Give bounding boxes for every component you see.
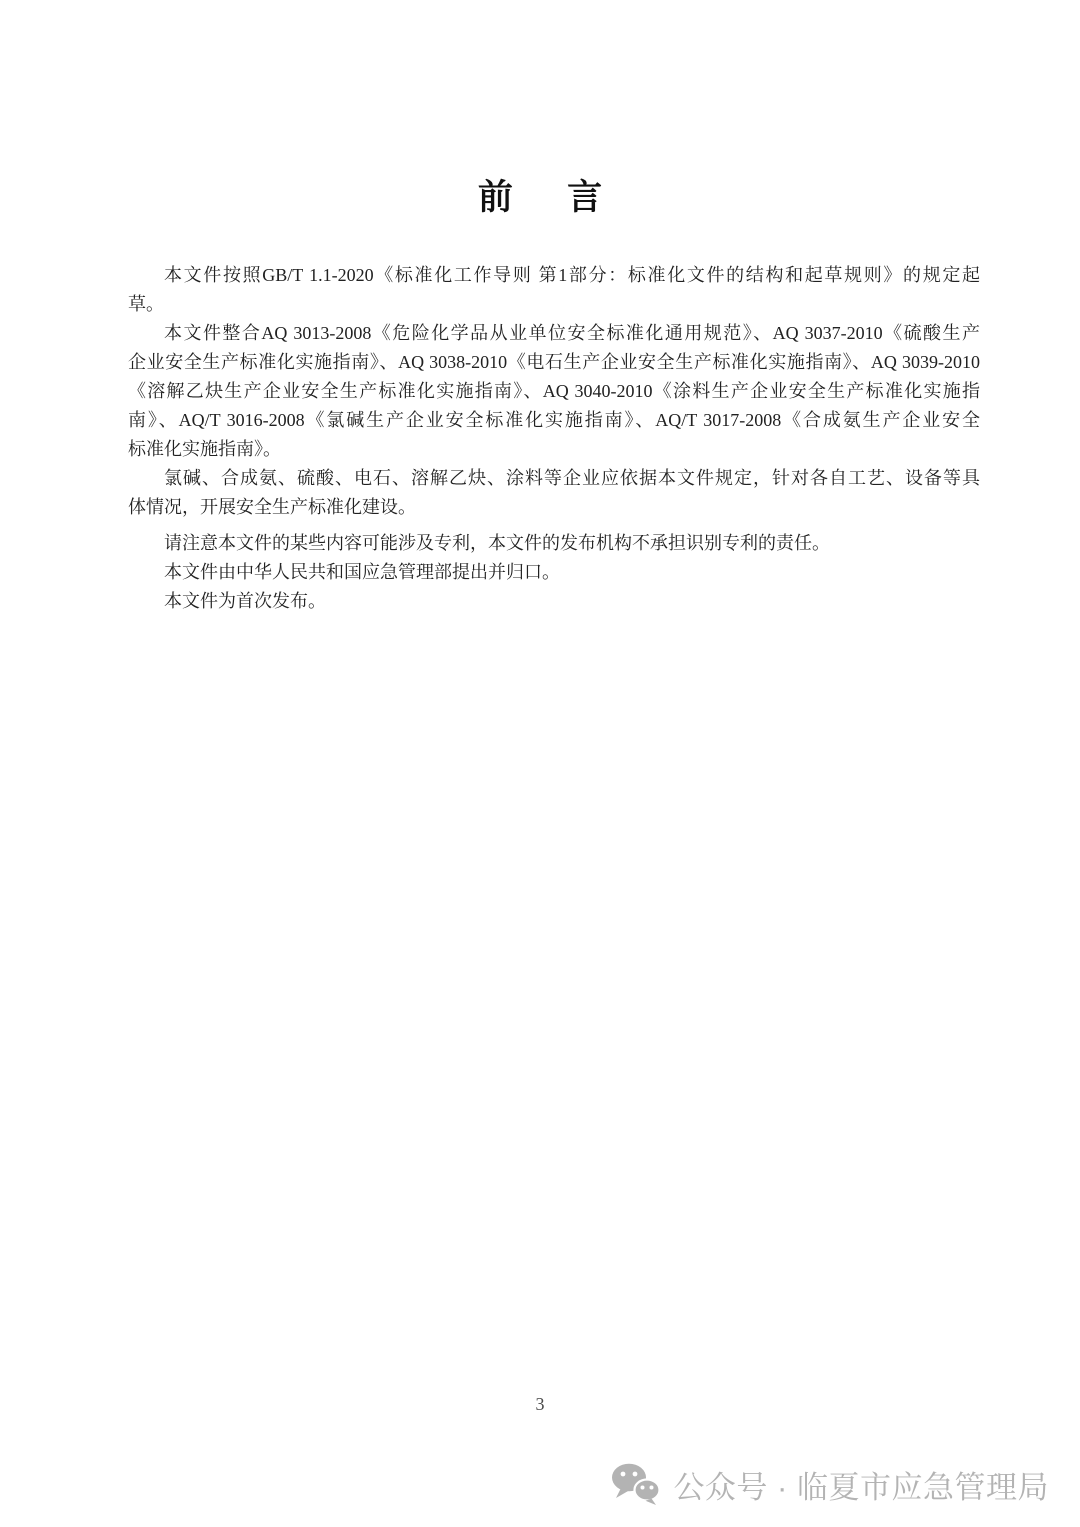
- paragraph: 本文件由中华人民共和国应急管理部提出并归口。: [128, 558, 980, 587]
- wechat-icon: [610, 1462, 660, 1506]
- text-line: 本文件为首次发布。: [128, 587, 980, 616]
- document-page: 前言 本文件按照GB/T 1.1-2020《标准化工作导则 第1部分：标准化文件…: [0, 0, 1080, 1527]
- paragraph: 请注意本文件的某些内容可能涉及专利，本文件的发布机构不承担识别专利的责任。: [128, 529, 980, 558]
- text-line: 体情况，开展安全生产标准化建设。: [128, 493, 980, 522]
- text-line: 《溶解乙炔生产企业安全生产标准化实施指南》、AQ 3040-2010《涂料生产企…: [128, 377, 980, 406]
- text-line: 本文件整合AQ 3013-2008《危险化学品从业单位安全标准化通用规范》、AQ…: [128, 319, 980, 348]
- paragraph: 本文件按照GB/T 1.1-2020《标准化工作导则 第1部分：标准化文件的结构…: [128, 261, 980, 319]
- paragraph: 氯碱、合成氨、硫酸、电石、溶解乙炔、涂料等企业应依据本文件规定，针对各自工艺、设…: [128, 464, 980, 522]
- paragraph: 本文件整合AQ 3013-2008《危险化学品从业单位安全标准化通用规范》、AQ…: [128, 319, 980, 464]
- text-line: 草。: [128, 290, 980, 319]
- text-line: 企业安全生产标准化实施指南》、AQ 3038-2010《电石生产企业安全生产标准…: [128, 348, 980, 377]
- paragraph: 本文件为首次发布。: [128, 587, 980, 616]
- watermark-text: 公众号 · 临夏市应急管理局: [673, 1462, 1049, 1507]
- text-line: 本文件由中华人民共和国应急管理部提出并归口。: [128, 558, 980, 587]
- watermark: 公众号 · 临夏市应急管理局: [610, 1460, 1049, 1508]
- page-number: 3: [0, 1394, 1080, 1415]
- text-line: 本文件按照GB/T 1.1-2020《标准化工作导则 第1部分：标准化文件的结构…: [128, 261, 980, 290]
- text-line: 标准化实施指南》。: [128, 435, 980, 464]
- page-title: 前言: [0, 170, 1080, 220]
- document-body: 本文件按照GB/T 1.1-2020《标准化工作导则 第1部分：标准化文件的结构…: [128, 261, 980, 616]
- text-line: 氯碱、合成氨、硫酸、电石、溶解乙炔、涂料等企业应依据本文件规定，针对各自工艺、设…: [128, 464, 980, 493]
- text-line: 南》、AQ/T 3016-2008《氯碱生产企业安全标准化实施指南》、AQ/T …: [128, 406, 980, 435]
- text-line: 请注意本文件的某些内容可能涉及专利，本文件的发布机构不承担识别专利的责任。: [128, 529, 980, 558]
